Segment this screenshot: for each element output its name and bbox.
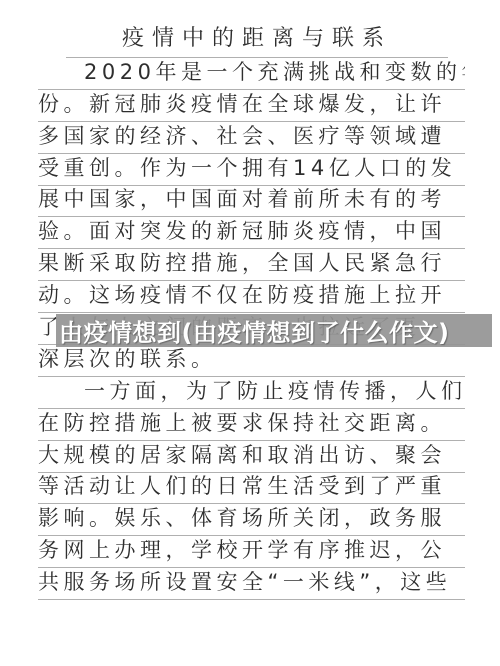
essay-line-text: 共服务场所设置安全“一米线”，这些 bbox=[38, 568, 451, 596]
essay-line-text: 在防控措施上被要求保持社交距离。 bbox=[38, 409, 446, 437]
essay-line-text: 受重创。作为一个拥有14亿人口的发 bbox=[38, 154, 456, 182]
watermark-banner: 由疫情想到(由疫情想到了什么作文) bbox=[56, 314, 492, 347]
essay-line-text: 份。新冠肺炎疫情在全球爆发，让许 bbox=[38, 90, 446, 118]
essay-line-text: 果断采取防控措施，全国人民紧急行 bbox=[38, 249, 446, 277]
essay-line-text: 等活动让人们的日常生活受到了严重 bbox=[38, 473, 446, 501]
essay-line: 2020年是一个充满挑战和变数的年 bbox=[38, 58, 465, 90]
essay-line-text: 大规模的居家隔离和取消出访、聚会 bbox=[38, 441, 446, 469]
essay-line-text: 影响。娱乐、体育场所关闭，政务服 bbox=[38, 504, 446, 532]
essay-line-text: 动。这场疫情不仅在防疫措施上拉开 bbox=[38, 281, 446, 309]
watermark-banner-text: 由疫情想到(由疫情想到了什么作文) bbox=[59, 313, 449, 348]
essay-line: 验。面对突发的新冠肺炎疫情，中国 bbox=[38, 217, 465, 249]
essay-line: 展中国家，中国面对着前所未有的考 bbox=[38, 186, 465, 218]
essay-title-row: 疫情中的距离与联系 bbox=[66, 22, 448, 58]
notebook-page: 疫情中的距离与联系 2020年是一个充满挑战和变数的年 份。新冠肺炎疫情在全球爆… bbox=[0, 0, 500, 666]
essay-line: 一方面，为了防止疫情传播，人们 bbox=[38, 377, 465, 409]
essay-line: 受重创。作为一个拥有14亿人口的发 bbox=[38, 154, 465, 186]
essay-line-text: 展中国家，中国面对着前所未有的考 bbox=[38, 186, 446, 214]
essay-line: 动。这场疫情不仅在防疫措施上拉开 bbox=[38, 281, 465, 313]
essay-line: 在防控措施上被要求保持社交距离。 bbox=[38, 409, 465, 441]
essay-line-text: 一方面，为了防止疫情传播，人们 bbox=[84, 377, 465, 405]
essay-line-text: 深层次的联系。 bbox=[38, 345, 217, 373]
essay-line: 深层次的联系。 bbox=[38, 345, 465, 377]
essay-line: 份。新冠肺炎疫情在全球爆发，让许 bbox=[38, 90, 465, 122]
essay-line: 务网上办理，学校开学有序推迟，公 bbox=[38, 536, 465, 568]
essay-line: 共服务场所设置安全“一米线”，这些 bbox=[38, 568, 465, 600]
essay-line-text: 务网上办理，学校开学有序推迟，公 bbox=[38, 536, 446, 564]
essay-line-text: 2020年是一个充满挑战和变数的年 bbox=[84, 58, 465, 86]
essay-title: 疫情中的距离与联系 bbox=[122, 21, 392, 52]
essay-line: 影响。娱乐、体育场所关闭，政务服 bbox=[38, 504, 465, 536]
essay-line-text: 验。面对突发的新冠肺炎疫情，中国 bbox=[38, 217, 446, 245]
essay-line: 大规模的居家隔离和取消出访、聚会 bbox=[38, 441, 465, 473]
essay-line: 多国家的经济、社会、医疗等领域遭 bbox=[38, 122, 465, 154]
essay-line: 果断采取防控措施，全国人民紧急行 bbox=[38, 249, 465, 281]
essay-line-text: 多国家的经济、社会、医疗等领域遭 bbox=[38, 122, 446, 150]
essay-line: 等活动让人们的日常生活受到了严重 bbox=[38, 473, 465, 505]
